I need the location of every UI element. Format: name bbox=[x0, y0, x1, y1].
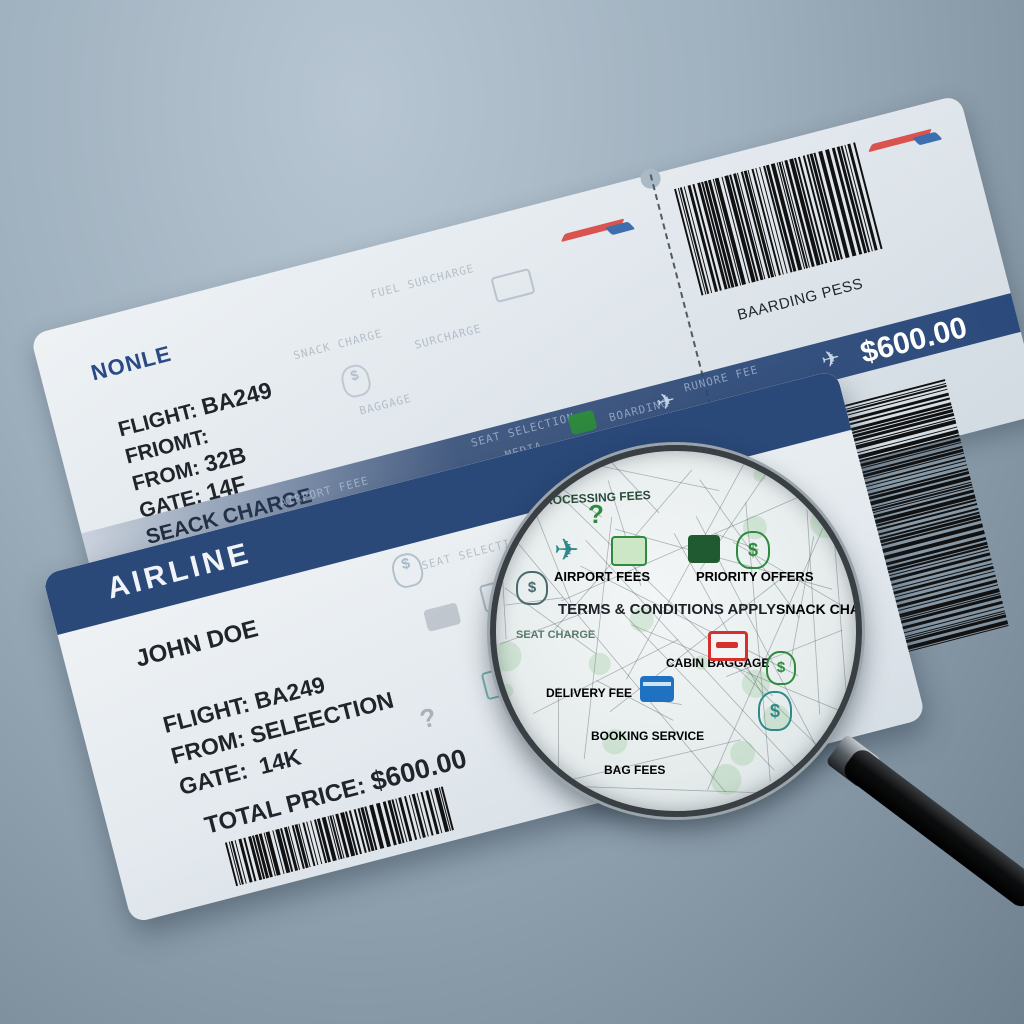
green-money-bag-icon: $ bbox=[736, 531, 770, 569]
magnifier-handle bbox=[840, 745, 1024, 911]
bag-fees-text: BAG FEES bbox=[604, 763, 665, 777]
red-card-icon bbox=[708, 631, 748, 661]
money-bag-icon: $ bbox=[389, 550, 427, 590]
airport-fees-text: AIRPORT FEES bbox=[554, 569, 650, 584]
booking-service-text: BOOKING SERVICE bbox=[591, 729, 704, 743]
question-mark-icon: ? bbox=[588, 499, 604, 530]
priority-offers-text: PRIORITY OFFERS bbox=[696, 569, 814, 584]
blue-credit-card-icon bbox=[640, 676, 674, 702]
terms-conditions-text: TERMS & CONDITIONS APPLY bbox=[558, 601, 776, 618]
magnifying-glass-lens: PROCESSING FEES AIRPORT FEES PRIORITY OF… bbox=[490, 445, 862, 817]
dark-green-wallet-icon bbox=[688, 535, 720, 563]
snack-charge-text: SNACK CHARGE bbox=[776, 601, 862, 617]
airplane-icon: ✈ bbox=[819, 344, 843, 374]
card-icon bbox=[423, 602, 461, 632]
money-bag-icon: $ bbox=[516, 571, 548, 605]
green-card-icon bbox=[611, 536, 647, 566]
green-money-bag-icon: $ bbox=[766, 651, 796, 685]
scene: NONLE FLIGHT: BA249 FRIOMT: FROM: 32B GA… bbox=[0, 0, 1024, 1024]
teal-money-bag-icon: $ bbox=[758, 691, 792, 731]
delivery-fee-text: DELIVERY FEE bbox=[546, 686, 632, 700]
seat-charge-text: SEAT CHARGE bbox=[516, 629, 595, 641]
question-mark-icon: ? bbox=[417, 701, 440, 735]
airplane-icon: ✈ bbox=[554, 533, 579, 568]
